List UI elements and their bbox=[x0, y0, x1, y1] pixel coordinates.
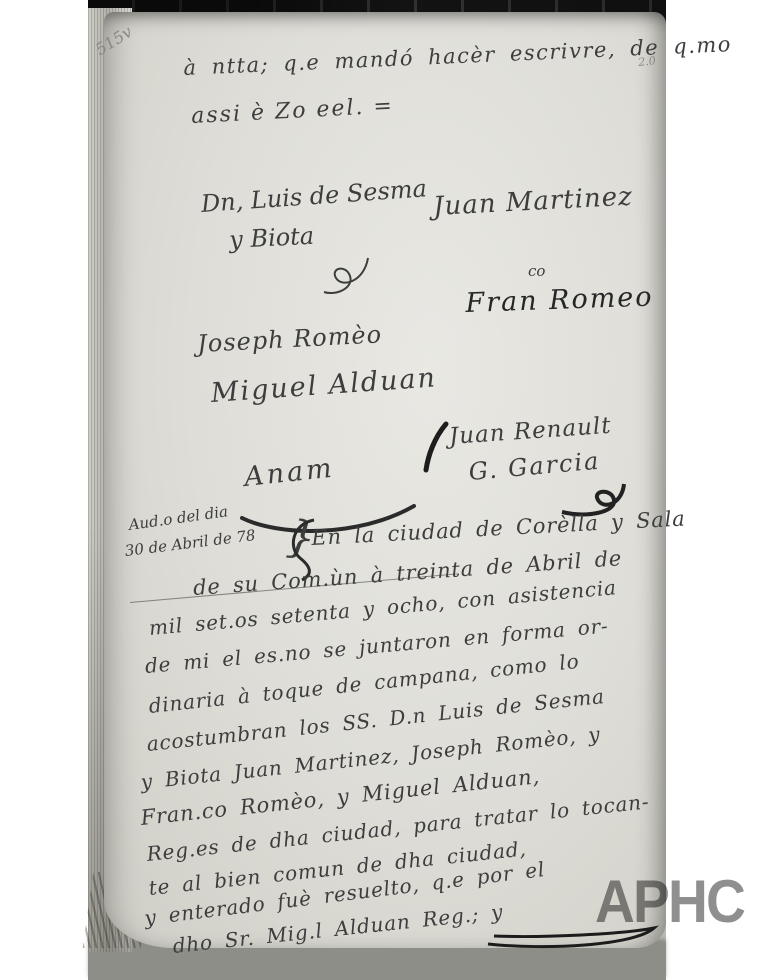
signature-romeo-superscript: co bbox=[528, 262, 545, 280]
signature-sesma-line2: y Biota bbox=[229, 222, 315, 254]
manuscript-photo: 515v 2.0 à ntta; q.e mandó hacèr escrivr… bbox=[88, 0, 666, 980]
sesma-rubric-flourish bbox=[316, 252, 376, 298]
archive-photo-canvas: 515v 2.0 à ntta; q.e mandó hacèr escrivr… bbox=[0, 0, 757, 980]
signature-romeo: Fran Romeo bbox=[465, 281, 654, 319]
archive-watermark: APHC bbox=[595, 872, 744, 932]
